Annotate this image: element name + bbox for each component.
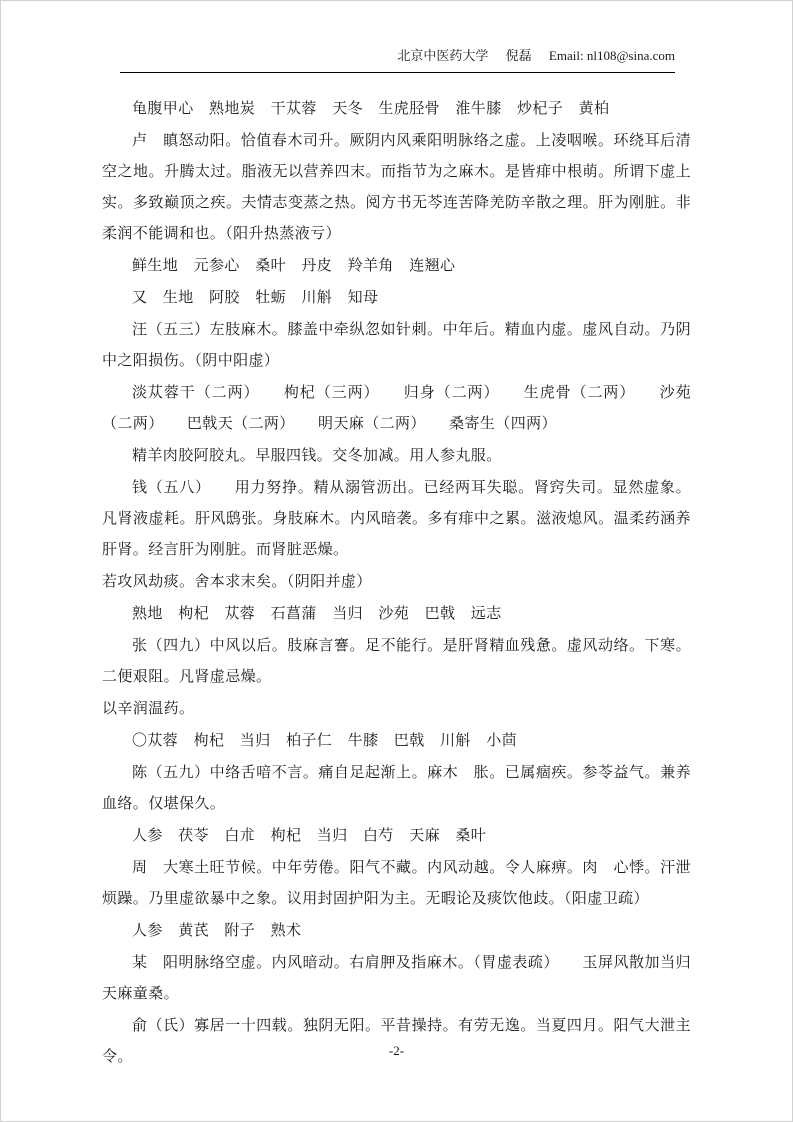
page-header: 北京中医药大学 倪磊 Email: nl108@sina.com	[120, 47, 675, 73]
paragraph-case: 俞（氏）寡居一十四载。独阴无阳。平昔操持。有劳无逸。当夏四月。阳气大泄主令。	[102, 1011, 691, 1073]
page-number: -2-	[389, 1043, 404, 1058]
paragraph-case: 汪（五三）左肢麻木。膝盖中牵纵忽如针刺。中年后。精血内虚。虚风自动。乃阴中之阳损…	[102, 315, 691, 377]
paragraph-herbs: 淡苁蓉干（二两） 枸杞（三两） 归身（二两） 生虎骨（二两） 沙苑（二两） 巴戟…	[102, 378, 691, 440]
paragraph-herbs: 鲜生地 元参心 桑叶 丹皮 羚羊角 连翘心	[102, 251, 691, 282]
paragraph-herbs: 龟腹甲心 熟地炭 干苁蓉 天冬 生虎胫骨 淮牛膝 炒杞子 黄柏	[102, 94, 691, 125]
document-page: 北京中医药大学 倪磊 Email: nl108@sina.com 龟腹甲心 熟地…	[0, 0, 793, 1122]
paragraph-herbs: 人参 茯苓 白朮 枸杞 当归 白芍 天麻 桑叶	[102, 821, 691, 852]
page-footer: -2-	[1, 1043, 792, 1059]
paragraph-case: 张（四九）中风以后。肢麻言謇。足不能行。是肝肾精血残惫。虚风动络。下寒。二便艰阻…	[102, 631, 691, 693]
paragraph-case: 钱（五八） 用力努挣。精从溺管沥出。已经两耳失聪。肾窍失司。显然虚象。凡肾液虚耗…	[102, 473, 691, 566]
document-body: 龟腹甲心 熟地炭 干苁蓉 天冬 生虎胫骨 淮牛膝 炒杞子 黄柏卢 瞋怒动阳。恰值…	[1, 73, 792, 1073]
paragraph-note: 精羊肉胶阿胶丸。早服四钱。交冬加减。用人参丸服。	[102, 441, 691, 472]
paragraph-herbs: 人参 黄芪 附子 熟术	[102, 916, 691, 947]
paragraph-note: 若攻风劫痰。舍本求末矣。（阴阳并虚）	[102, 567, 691, 598]
header-email: Email: nl108@sina.com	[549, 48, 675, 63]
paragraph-herbs: 〇苁蓉 枸杞 当归 柏子仁 牛膝 巴戟 川斛 小茴	[102, 726, 691, 757]
header-text: 北京中医药大学 倪磊 Email: nl108@sina.com	[120, 47, 675, 72]
paragraph-case: 卢 瞋怒动阳。恰值春木司升。厥阴内风乘阳明脉络之虚。上凌咽喉。环绕耳后清空之地。…	[102, 126, 691, 250]
paragraph-case: 周 大寒土旺节候。中年劳倦。阳气不藏。内风动越。令人麻痹。肉 心悸。汗泄烦躁。乃…	[102, 853, 691, 915]
paragraph-case: 某 阳明脉络空虚。内风暗动。右肩胛及指麻木。（胃虚表疏） 玉屏风散加当归天麻童桑…	[102, 948, 691, 1010]
paragraph-note: 以辛润温药。	[102, 694, 691, 725]
paragraph-herbs: 又 生地 阿胶 牡蛎 川斛 知母	[102, 283, 691, 314]
paragraph-case: 陈（五九）中络舌喑不言。痛自足起渐上。麻木 胀。已属痼疾。参苓益气。兼养血络。仅…	[102, 758, 691, 820]
header-university: 北京中医药大学	[397, 48, 488, 63]
header-author: 倪磊	[506, 48, 532, 63]
paragraph-herbs: 熟地 枸杞 苁蓉 石菖蒲 当归 沙苑 巴戟 远志	[102, 599, 691, 630]
